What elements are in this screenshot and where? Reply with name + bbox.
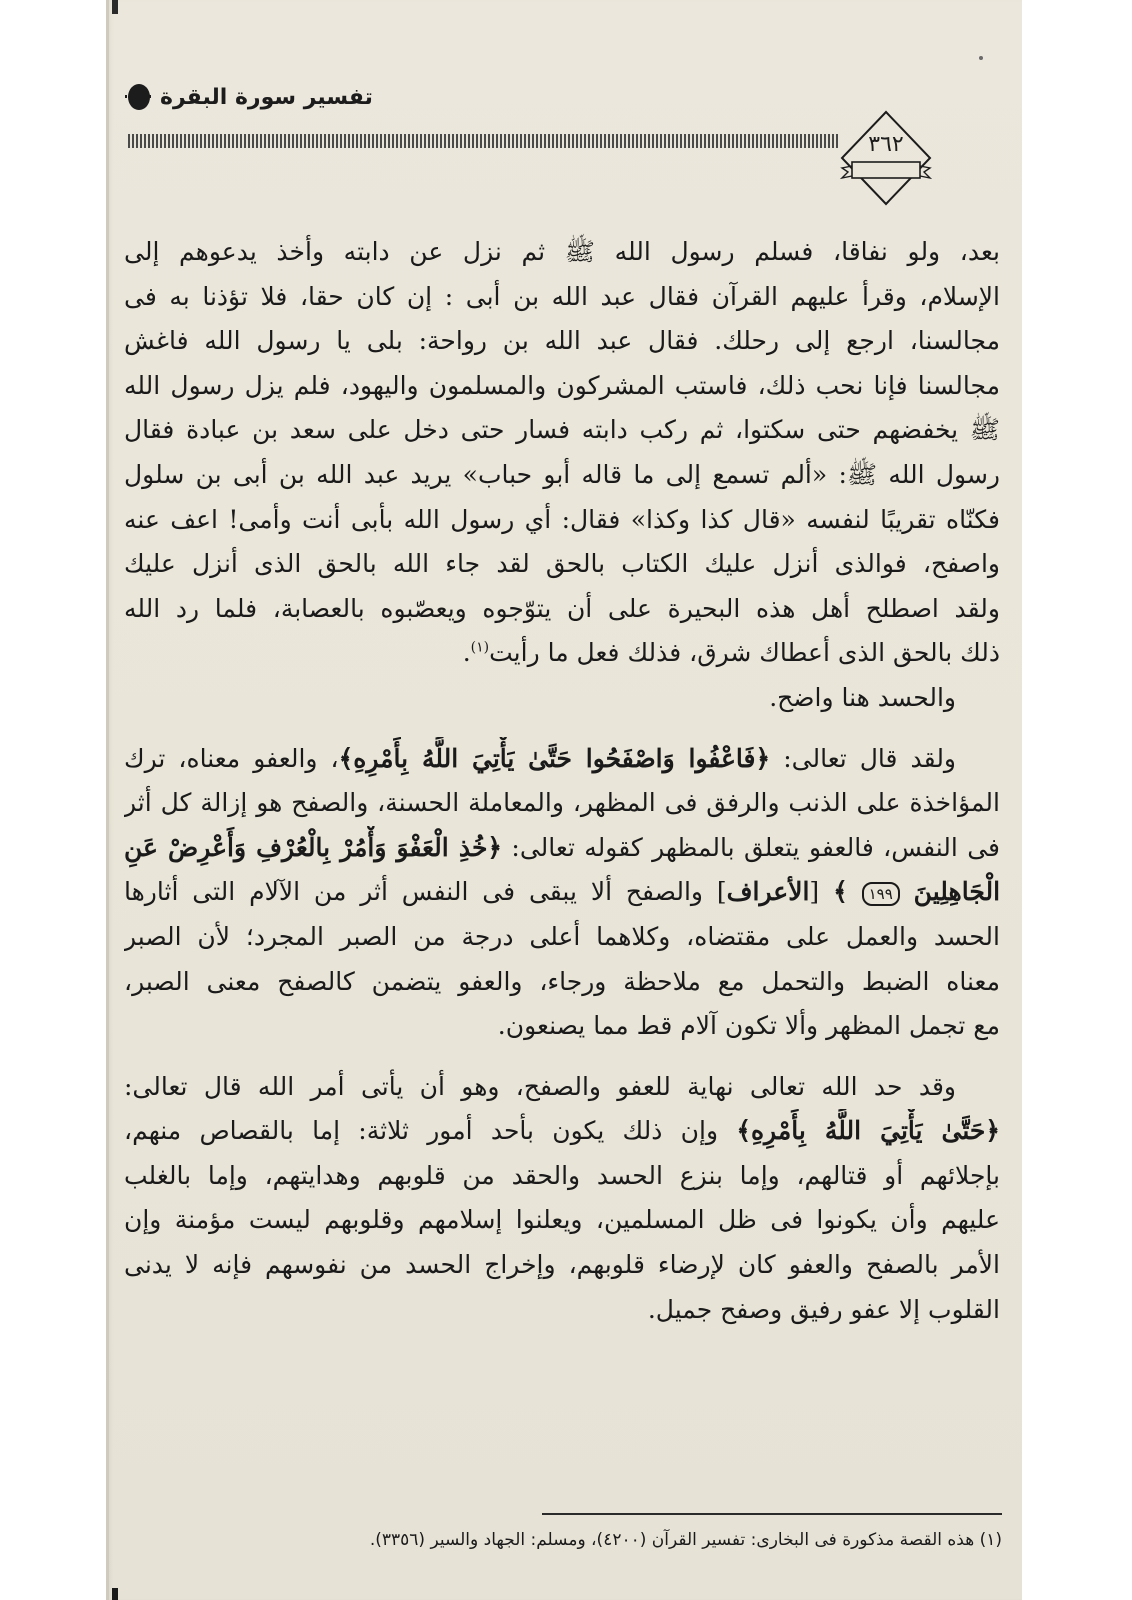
paper-speck <box>979 56 983 60</box>
paragraph-gap <box>124 721 1000 737</box>
text-line: بإجلائهم أو قتالهم، وإما بنزع الحسد والح… <box>124 1154 1000 1199</box>
paragraph-3: ولقد قال تعالى: ﴿فَاعْفُوا وَاصْفَحُوا ح… <box>124 737 1000 1049</box>
paragraph-gap <box>124 1049 1000 1065</box>
text-line: مجالسنا فإنا نحب ذلك، فاستب المشركون وال… <box>124 364 1000 409</box>
text-fragment: ذلك بالحق الذى أعطاك شرق، فذلك فعل ما رأ… <box>489 638 1000 667</box>
text-line: الإسلام، وقرأ عليهم القرآن فقال عبد الله… <box>124 275 1000 320</box>
text-line: ذلك بالحق الذى أعطاك شرق، فذلك فعل ما رأ… <box>124 631 1000 676</box>
text-line: القلوب إلا عفو رفيق وصفح جميل. <box>124 1288 1000 1333</box>
text-line: معناه الضبط والتحمل مع ملاحظة ورجاء، وال… <box>124 960 1000 1005</box>
text-line: ولقد اصطلح أهل هذه البحيرة على أن يتوّجو… <box>124 587 1000 632</box>
text-line: عليهم وأن يكونوا فى ظل المسلمين، ويعلنوا… <box>124 1198 1000 1243</box>
book-page: تفسير سورة البقرة ٣٦٢ بعد، ولو نفاقا، فس… <box>106 0 1022 1600</box>
quran-verse: الْجَاهِلِينَ <box>914 877 1000 906</box>
page-gutter-edge <box>106 0 109 1600</box>
text-line: ولقد قال تعالى: ﴿فَاعْفُوا وَاصْفَحُوا ح… <box>124 737 1000 782</box>
quran-verse: ﴿فَاعْفُوا وَاصْفَحُوا حَتَّىٰ يَأْتِيَ … <box>339 744 771 773</box>
text-line: الْجَاهِلِينَ ١٩٩ ﴾ [الأعراف] والصفح ألا… <box>124 870 1000 915</box>
quran-verse: ﴿حَتَّىٰ يَأْتِيَ اللَّهُ بِأَمْرِهِ﴾ <box>736 1116 1000 1145</box>
text-fragment: وإن ذلك يكون بأحد أمور ثلاثة: إما بالقصا… <box>124 1116 736 1145</box>
text-line: واصفح، فوالذى أنزل عليك الكتاب بالحق لقد… <box>124 542 1000 587</box>
text-line: ﷺ يخفضهم حتى سكتوا، ثم ركب دابته فسار حت… <box>124 408 1000 453</box>
text-fragment: ، والعفو معناه، ترك <box>124 744 339 773</box>
body-text: بعد، ولو نفاقا، فسلم رسول الله ﷺ ثم نزل … <box>124 230 1000 1332</box>
footnote: (١) هذه القصة مذكورة فى البخارى: تفسير ا… <box>206 1530 1002 1550</box>
scan-corner-mark <box>112 0 118 14</box>
text-fragment: فى النفس، فالعفو يتعلق بالمظهر كقوله تعا… <box>502 833 1000 862</box>
paragraph-4: وقد حد الله تعالى نهاية للعفو والصفح، وه… <box>124 1065 1000 1333</box>
paragraph-2: والحسد هنا واضح. <box>124 676 1000 721</box>
header-rule <box>128 134 838 148</box>
ornament-icon <box>128 84 150 110</box>
text-fragment: ] والصفح ألا يبقى فى النفس أثر من الآلام… <box>124 877 727 906</box>
running-header: تفسير سورة البقرة <box>128 84 373 110</box>
text-fragment: . <box>463 638 471 667</box>
paragraph-1: بعد، ولو نفاقا، فسلم رسول الله ﷺ ثم نزل … <box>124 230 1000 676</box>
text-line: الحسد والعمل على مقتضاه، وكلاهما أعلى در… <box>124 915 1000 960</box>
text-line: والحسد هنا واضح. <box>124 676 1000 721</box>
page-number-badge: ٣٦٢ <box>838 110 934 206</box>
text-line: فى النفس، فالعفو يتعلق بالمظهر كقوله تعا… <box>124 826 1000 871</box>
text-line: فكنّاه تقريبًا لنفسه «قال كذا وكذا» فقال… <box>124 498 1000 543</box>
text-line: مجالسنا، ارجع إلى رحلك. فقال عبد الله بن… <box>124 319 1000 364</box>
running-title: تفسير سورة البقرة <box>160 85 373 110</box>
text-line: رسول الله ﷺ: «ألم تسمع إلى ما قاله أبو ح… <box>124 453 1000 498</box>
ayah-number-icon: ١٩٩ <box>862 882 900 906</box>
quran-verse: ﴿خُذِ الْعَفْوَ وَأْمُرْ بِالْعُرْفِ وَأ… <box>124 833 502 862</box>
text-line: المؤاخذة على الذنب والرفق فى المظهر، وال… <box>124 781 1000 826</box>
surah-citation: الأعراف <box>727 877 810 906</box>
text-line: ﴿حَتَّىٰ يَأْتِيَ اللَّهُ بِأَمْرِهِ﴾ وإ… <box>124 1109 1000 1154</box>
quran-bracket: ﴾ <box>833 877 848 906</box>
text-fragment: ولقد قال تعالى: <box>770 744 956 773</box>
page-number: ٣٦٢ <box>838 132 934 157</box>
text-line: وقد حد الله تعالى نهاية للعفو والصفح، وه… <box>124 1065 1000 1110</box>
scan-corner-mark-bottom <box>112 1588 118 1600</box>
text-line: مع تجمل المظهر وألا تكون آلام قط مما يصن… <box>124 1004 1000 1049</box>
footnote-separator <box>542 1513 1002 1515</box>
footnote-reference[interactable]: (١) <box>471 640 489 656</box>
diamond-ornament-icon <box>838 110 934 206</box>
text-fragment: [ <box>809 877 833 906</box>
text-line: بعد، ولو نفاقا، فسلم رسول الله ﷺ ثم نزل … <box>124 230 1000 275</box>
text-line: الأمر بالصفح والعفو كان لإرضاء قلوبهم، و… <box>124 1243 1000 1288</box>
